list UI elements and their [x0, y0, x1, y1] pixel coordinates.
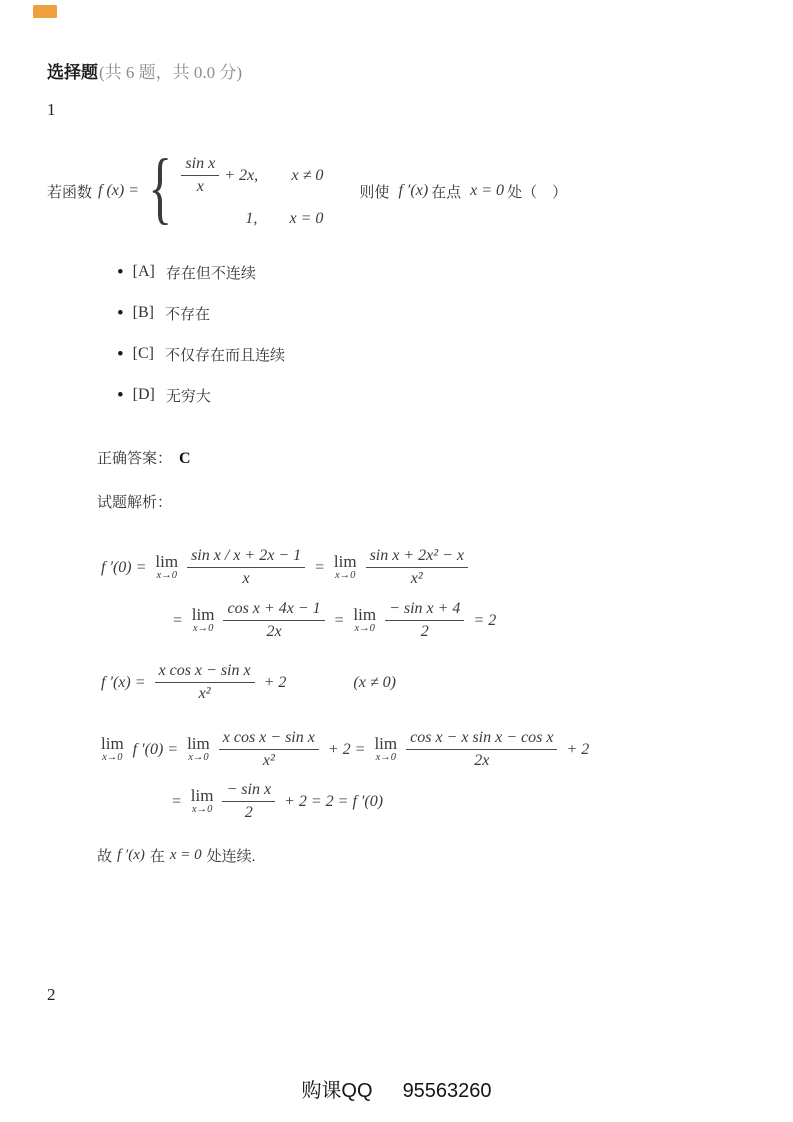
highlight-marker	[33, 5, 57, 18]
bullet-icon: •	[117, 263, 124, 282]
fraction-denominator: 2x	[474, 750, 489, 771]
piecewise-brace: {	[148, 154, 172, 222]
fraction: cos x + 4x − 1 2x	[223, 599, 324, 642]
equals-sign: =	[171, 793, 182, 811]
question-1-stem: 若函数 f (x) = { sin x x + 2x, x ≠ 0 1, x =…	[47, 146, 573, 236]
equals-sign: =	[172, 612, 183, 630]
fraction-numerator: cos x − x sin x − cos x	[406, 728, 557, 750]
fraction-numerator: − sin x	[222, 780, 275, 802]
options-list: • [A] 存在但不连续 • [B] 不存在 • [C] 不仅存在而且连续 • …	[117, 261, 285, 406]
lim-word: lim	[187, 735, 210, 752]
lim-subscript: x→0	[355, 624, 375, 635]
case-2-expression: 1,	[245, 210, 257, 228]
lim-word: lim	[101, 735, 124, 752]
limit-operator: lim x→0	[101, 735, 124, 764]
suffix-fprime: f ′(x)	[398, 182, 428, 200]
fraction: sin x + 2x² − x x²	[366, 546, 468, 589]
fraction-numerator: x cos x − sin x	[219, 728, 319, 750]
plus-2-equals: + 2 =	[328, 741, 366, 759]
option-b-key: [B]	[133, 304, 154, 322]
solution-block-1: f ′(0) = lim x→0 sin x / x + 2x − 1 x = …	[101, 546, 496, 642]
piecewise-case-1: sin x x + 2x, x ≠ 0	[181, 154, 323, 197]
option-c-key: [C]	[133, 345, 154, 363]
case-1-tail: + 2x,	[224, 167, 258, 185]
question-2-number: 2	[47, 985, 56, 1005]
concl-fprime: f ′(x)	[117, 847, 145, 864]
fraction: − sin x + 4 2	[385, 599, 464, 642]
fraction-denominator: x	[197, 176, 204, 197]
fprime0-equals: f ′(0) =	[133, 741, 178, 759]
fraction-sinx-over-x: sin x x	[181, 154, 219, 197]
fraction: x cos x − sin x x²	[219, 728, 319, 771]
limit-operator: lim x→0	[187, 735, 210, 764]
stem-prefix: 若函数	[47, 181, 92, 202]
suffix-then: 则使	[359, 181, 389, 202]
domain-condition: (x ≠ 0)	[353, 674, 396, 692]
solution-1-line-2: = lim x→0 cos x + 4x − 1 2x = lim x→0 − …	[172, 599, 496, 642]
fraction: − sin x 2	[222, 780, 275, 823]
bullet-icon: •	[117, 386, 124, 405]
fraction-numerator: sin x	[181, 154, 219, 176]
fraction-denominator: 2	[421, 621, 429, 642]
conclusion-line: 故 f ′(x) 在 x = 0 处连续.	[97, 845, 255, 866]
fraction-denominator: x²	[263, 750, 275, 771]
limit-operator: lim x→0	[191, 787, 214, 816]
fraction-numerator: − sin x + 4	[385, 599, 464, 621]
equals-sign: =	[334, 612, 345, 630]
case-2-value: 1,	[245, 210, 257, 228]
limit-operator: lim x→0	[155, 553, 178, 582]
lim-subscript: x→0	[335, 571, 355, 582]
option-b-text: 不存在	[165, 303, 210, 324]
lim-word: lim	[155, 553, 178, 570]
case-1-condition: x ≠ 0	[292, 167, 324, 185]
fraction-denominator: x²	[411, 568, 423, 589]
option-a: • [A] 存在但不连续	[117, 261, 285, 283]
footer-label: 购课QQ	[301, 1080, 372, 1102]
fraction-denominator: x	[243, 568, 250, 589]
final-equality: + 2 = 2 = f ′(0)	[284, 793, 383, 811]
footer-watermark: 购课QQ95563260	[0, 1074, 793, 1103]
question-1-number: 1	[47, 100, 56, 120]
lim-word: lim	[353, 606, 376, 623]
piecewise-case-2: 1, x = 0	[181, 210, 323, 228]
option-b: • [B] 不存在	[117, 302, 285, 324]
fprime0-equals: f ′(0) =	[101, 559, 146, 577]
fraction: x cos x − sin x x²	[155, 661, 255, 704]
case-2-condition: x = 0	[290, 210, 324, 228]
section-title: 选择题	[47, 63, 98, 82]
suffix-x-equals-0: x = 0	[470, 182, 504, 200]
lim-subscript: x→0	[188, 753, 208, 764]
option-c-text: 不仅存在而且连续	[165, 344, 285, 365]
lim-subscript: x→0	[102, 753, 122, 764]
limit-operator: lim x→0	[374, 735, 397, 764]
fraction: cos x − x sin x − cos x 2x	[406, 728, 557, 771]
document-page: 选择题(共 6 题，共 0.0 分) 1 若函数 f (x) = { sin x…	[0, 0, 793, 1122]
lim-subscript: x→0	[376, 753, 396, 764]
fraction-denominator: x²	[199, 683, 211, 704]
stem-fx-equals: f (x) =	[98, 182, 139, 200]
plus-2: + 2	[566, 741, 589, 759]
lim-subscript: x→0	[157, 571, 177, 582]
solution-3-line-2: = lim x→0 − sin x 2 + 2 = 2 = f ′(0)	[171, 780, 589, 823]
result-equals-2: = 2	[473, 612, 496, 630]
solution-block-3: lim x→0 f ′(0) = lim x→0 x cos x − sin x…	[101, 728, 589, 823]
option-a-key: [A]	[133, 263, 155, 281]
analysis-label: 试题解析：	[97, 491, 172, 512]
concl-x-equals-0: x = 0	[170, 847, 202, 864]
fraction: sin x / x + 2x − 1 x	[187, 546, 305, 589]
fraction-numerator: x cos x − sin x	[155, 661, 255, 683]
option-c: • [C] 不仅存在而且连续	[117, 343, 285, 365]
stem-suffix: 则使 f ′(x) 在点 x = 0 处（ ）	[359, 181, 573, 202]
lim-word: lim	[334, 553, 357, 570]
option-d-text: 无穷大	[166, 385, 211, 406]
fraction-numerator: sin x / x + 2x − 1	[187, 546, 305, 568]
answer-label: 正确答案：	[97, 451, 172, 467]
suffix-at-point: 在点	[431, 181, 461, 202]
fraction-denominator: 2	[245, 802, 253, 823]
fraction-numerator: cos x + 4x − 1	[223, 599, 324, 621]
solution-3-line-1: lim x→0 f ′(0) = lim x→0 x cos x − sin x…	[101, 728, 589, 771]
solution-1-line-1: f ′(0) = lim x→0 sin x / x + 2x − 1 x = …	[101, 546, 496, 589]
lim-subscript: x→0	[193, 624, 213, 635]
suffix-place-parens: 处（ ）	[507, 181, 567, 202]
concl-continuous: 处连续.	[207, 845, 256, 866]
bullet-icon: •	[117, 304, 124, 323]
solution-block-2: f ′(x) = x cos x − sin x x² + 2 (x ≠ 0)	[101, 661, 396, 704]
footer-qq-number: 95563260	[403, 1080, 492, 1102]
section-subtitle: (共 6 题，共 0.0 分)	[99, 63, 242, 82]
plus-2: + 2	[264, 674, 287, 692]
option-d-key: [D]	[133, 386, 155, 404]
lim-word: lim	[374, 735, 397, 752]
limit-operator: lim x→0	[353, 606, 376, 635]
fraction-denominator: 2x	[266, 621, 281, 642]
concl-therefore: 故	[97, 845, 112, 866]
answer-value: C	[179, 450, 191, 467]
concl-at: 在	[150, 845, 165, 866]
option-d: • [D] 无穷大	[117, 384, 285, 406]
lim-word: lim	[192, 606, 215, 623]
lim-subscript: x→0	[192, 805, 212, 816]
fraction-numerator: sin x + 2x² − x	[366, 546, 468, 568]
correct-answer-line: 正确答案：C	[97, 447, 191, 468]
case-1-expression: sin x x + 2x,	[181, 154, 258, 197]
limit-operator: lim x→0	[334, 553, 357, 582]
equals-sign: =	[314, 559, 325, 577]
limit-operator: lim x→0	[192, 606, 215, 635]
bullet-icon: •	[117, 345, 124, 364]
fprimex-equals: f ′(x) =	[101, 674, 146, 692]
piecewise-cases: sin x x + 2x, x ≠ 0 1, x = 0	[181, 154, 323, 228]
option-a-text: 存在但不连续	[166, 262, 256, 283]
section-heading: 选择题(共 6 题，共 0.0 分)	[47, 58, 242, 83]
lim-word: lim	[191, 787, 214, 804]
